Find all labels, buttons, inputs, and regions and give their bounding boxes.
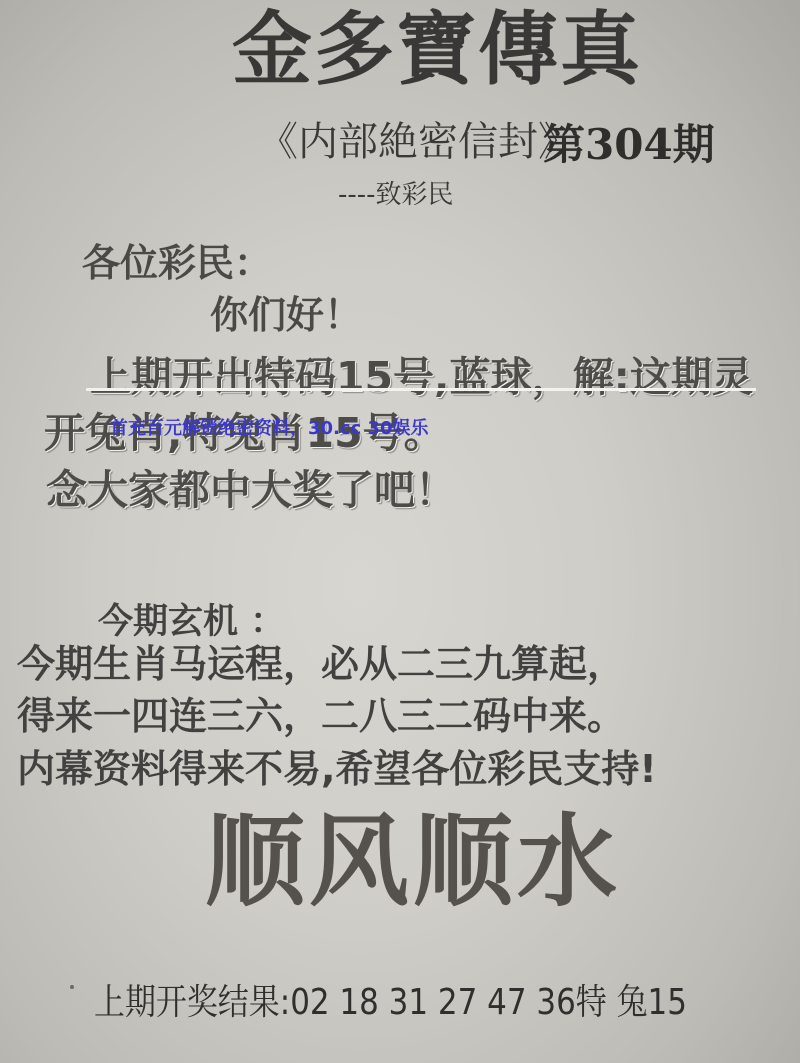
mystery-line-2: 得来一四连三六，二八三二码中来。 bbox=[17, 697, 625, 735]
slogan: 顺风顺水 bbox=[205, 812, 621, 912]
mystery-heading: 今期玄机 ： bbox=[98, 605, 285, 640]
subtitle: 《内部絶密信封》 bbox=[258, 122, 578, 162]
speck-mark bbox=[70, 985, 74, 989]
last-results: 上期开奖结果:02 18 31 27 47 36特 兔15 bbox=[94, 985, 687, 1021]
mystery-line-3: 内幕资料得来不易,希望各位彩民支持! bbox=[17, 750, 657, 788]
greeting: 各位彩民： bbox=[82, 244, 272, 282]
issue-number: 第304期 bbox=[543, 124, 715, 166]
dedication: ----致彩民 bbox=[338, 182, 454, 208]
mystery-line-1: 今期生肖马运程，必从二三九算起， bbox=[17, 645, 625, 683]
promo-watermark-link[interactable]: 首充百元解锁绝密资料，30.cc 30娱乐 bbox=[110, 420, 429, 438]
hello-text: 你们好！ bbox=[210, 296, 362, 334]
paragraph-line-3: 念大家都中大奖了吧！ bbox=[46, 470, 456, 511]
highlight-rule bbox=[86, 388, 756, 391]
paragraph-line-1: 上期开出特码15号,蓝球，解:这期灵 bbox=[90, 357, 753, 398]
page-title: 金多寶傳真 bbox=[232, 10, 642, 90]
